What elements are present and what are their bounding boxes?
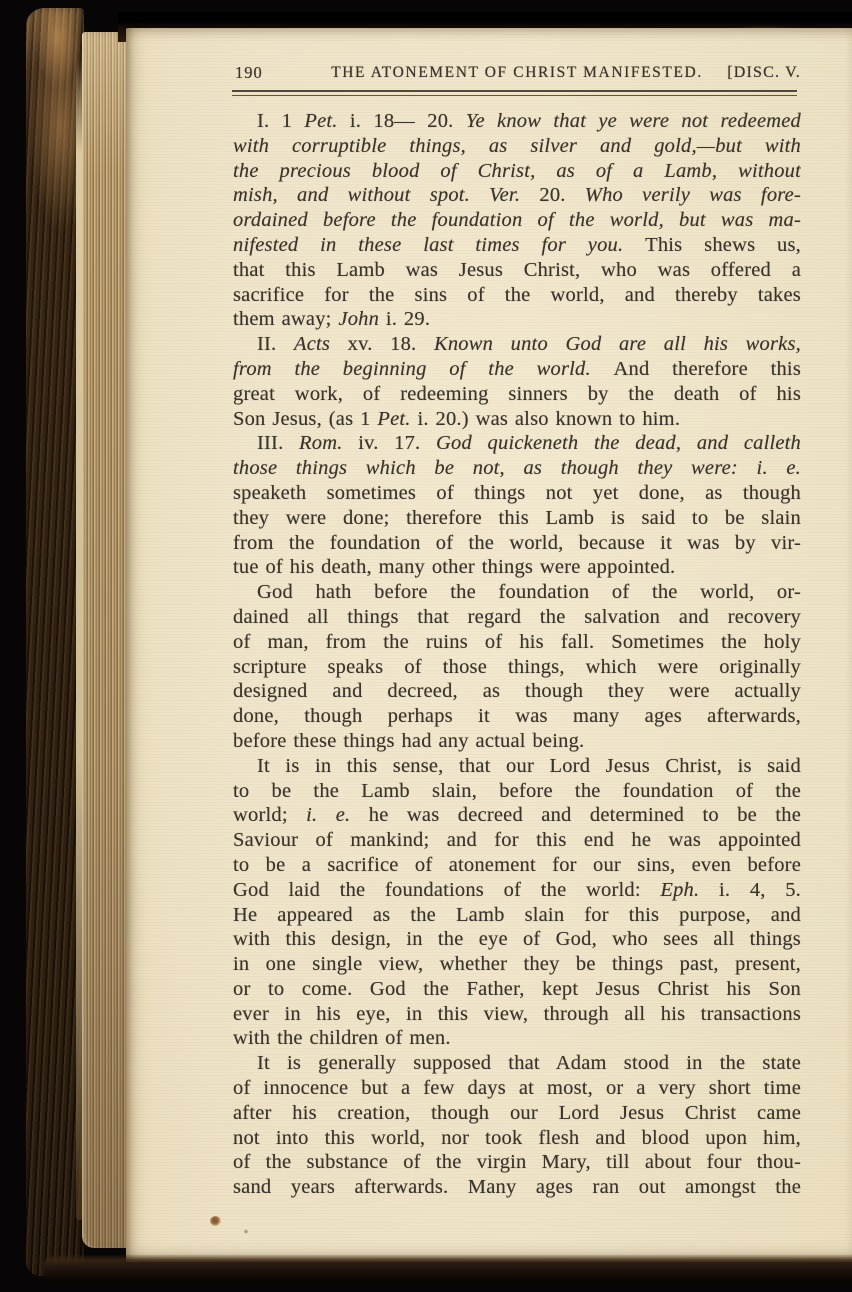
text-segment: It is generally supposed that Adam stood… <box>257 1052 801 1074</box>
text-segment: from the foundation of the world, becaus… <box>233 532 801 554</box>
text-line: in one single view, whether they be thin… <box>233 952 801 977</box>
text-segment: dained all things that regard the salvat… <box>233 606 801 628</box>
text-segment: God quickeneth the dead, and calleth <box>436 432 801 454</box>
book-bottom-edge <box>44 1254 852 1284</box>
text-line: dained all things that regard the salvat… <box>233 605 801 630</box>
text-segment: 20. <box>520 184 585 206</box>
text-segment: great work, of redeeming sinners by the … <box>233 383 801 405</box>
text-segment: them away; <box>233 308 338 330</box>
text-line: designed and decreed, as though they wer… <box>233 679 801 704</box>
foxing-spot-small <box>244 1229 248 1234</box>
text-segment: mish, and without spot. Ver. <box>233 184 520 206</box>
text-line: from the foundation of the world, becaus… <box>233 531 801 556</box>
text-segment: Acts <box>294 333 330 355</box>
text-segment: Pet. <box>304 110 337 132</box>
text-line: ordained before the foundation of the wo… <box>233 208 801 233</box>
text-segment: Saviour of mankind; and for this end he … <box>233 829 801 851</box>
text-line: Son Jesus, (as 1 Pet. i. 20.) was also k… <box>233 407 801 432</box>
text-segment: sacrifice for the sins of the world, and… <box>233 284 801 306</box>
text-segment: i. 4, 5. <box>699 879 801 901</box>
text-line: great work, of redeeming sinners by the … <box>233 382 801 407</box>
text-segment: in one single view, whether they be thin… <box>233 953 801 975</box>
text-line: I. 1 Pet. i. 18— 20. Ye know that ye wer… <box>233 109 801 134</box>
text-segment: designed and decreed, as though they wer… <box>233 680 801 702</box>
text-segment: Who verily was fore- <box>585 184 801 206</box>
text-segment: they were done; therefore this Lamb is s… <box>233 507 801 529</box>
text-line: sacrifice for the sins of the world, and… <box>233 283 801 308</box>
text-segment: or to come. God the Father, kept Jesus C… <box>233 978 801 1000</box>
text-segment: sand years afterwards. Many ages ran out… <box>233 1176 801 1198</box>
text-segment: And therefore this <box>614 358 801 380</box>
page-body-lines: I. 1 Pet. i. 18— 20. Ye know that ye wer… <box>233 109 801 1200</box>
text-line: tue of his death, many other things were… <box>233 555 801 580</box>
text-line: sand years afterwards. Many ages ran out… <box>233 1175 801 1200</box>
text-segment: i. 18— 20. <box>338 110 466 132</box>
text-line: before these things had any actual being… <box>233 729 801 754</box>
text-line: He appeared as the Lamb slain for this p… <box>233 903 801 928</box>
text-line: of the substance of the virgin Mary, til… <box>233 1150 801 1175</box>
book-photo-background: 190 THE ATONEMENT OF CHRIST MANIFESTED. … <box>0 0 852 1292</box>
text-line: after his creation, though our Lord Jesu… <box>233 1101 801 1126</box>
text-segment: Son Jesus, (as 1 <box>233 408 377 430</box>
text-segment: nifested in these last times for you. <box>233 234 645 256</box>
text-segment: of innocence but a few days at most, or … <box>233 1077 801 1099</box>
text-line: not into this world, nor took flesh and … <box>233 1126 801 1151</box>
text-line: Saviour of mankind; and for this end he … <box>233 828 801 853</box>
text-line: of innocence but a few days at most, or … <box>233 1076 801 1101</box>
text-line: with corruptible things, as silver and g… <box>233 134 801 159</box>
text-segment: God laid the foundations of the world: <box>233 879 660 901</box>
text-segment: done, though perhaps it was many ages af… <box>233 705 801 727</box>
text-segment: This shews us, <box>645 234 801 256</box>
text-line: It is generally supposed that Adam stood… <box>233 1051 801 1076</box>
text-line: to be the Lamb slain, before the foundat… <box>233 779 801 804</box>
text-segment: III. <box>257 432 299 454</box>
text-segment: from the beginning of the world. <box>233 358 614 380</box>
foxing-spot <box>210 1216 221 1226</box>
text-segment: of the substance of the virgin Mary, til… <box>233 1151 801 1173</box>
text-segment: Ye know that ye were not redeemed <box>466 110 801 132</box>
text-segment: i. 29. <box>379 308 430 330</box>
text-segment: of man, from the ruins of his fall. Some… <box>233 631 801 653</box>
text-segment: those things which be not, as though the… <box>233 457 801 479</box>
text-segment: to be the Lamb slain, before the foundat… <box>233 780 801 802</box>
text-segment: that this Lamb was Jesus Christ, who was… <box>233 259 801 281</box>
text-line: II. Acts xv. 18. Known unto God are all … <box>233 332 801 357</box>
text-segment: He appeared as the Lamb slain for this p… <box>233 904 801 926</box>
text-line: nifested in these last times for you. Th… <box>233 233 801 258</box>
text-segment: scripture speaks of those things, which … <box>233 656 801 678</box>
text-line: world; i. e. he was decreed and determin… <box>233 803 801 828</box>
text-line: mish, and without spot. Ver. 20. Who ver… <box>233 183 801 208</box>
text-line: done, though perhaps it was many ages af… <box>233 704 801 729</box>
text-line: to be a sacrifice of atonement for our s… <box>233 853 801 878</box>
section-label: [DISC. V. <box>727 62 801 84</box>
text-line: God hath before the foundation of the wo… <box>233 580 801 605</box>
text-segment: the precious blood of Christ, as of a La… <box>233 160 801 182</box>
text-segment: Eph. <box>660 879 699 901</box>
text-line: the precious blood of Christ, as of a La… <box>233 159 801 184</box>
text-segment: to be a sacrifice of atonement for our s… <box>233 854 801 876</box>
text-segment: ordained before the foundation of the wo… <box>233 209 801 231</box>
text-segment: world; <box>233 804 306 826</box>
text-segment: II. <box>257 333 294 355</box>
page-header: 190 THE ATONEMENT OF CHRIST MANIFESTED. … <box>233 62 801 84</box>
text-line: scripture speaks of those things, which … <box>233 655 801 680</box>
text-line: speaketh sometimes of things not yet don… <box>233 481 801 506</box>
text-line: that this Lamb was Jesus Christ, who was… <box>233 258 801 283</box>
text-segment: I. 1 <box>257 110 304 132</box>
text-segment: with this design, in the eye of God, who… <box>233 928 801 950</box>
text-line: them away; John i. 29. <box>233 307 801 332</box>
text-segment: with the children of men. <box>233 1027 451 1049</box>
text-segment: ever in his eye, in this view, through a… <box>233 1003 801 1025</box>
text-segment: Rom. <box>299 432 343 454</box>
text-segment: he was decreed and determined to be the <box>350 804 801 826</box>
text-line: It is in this sense, that our Lord Jesus… <box>233 754 801 779</box>
text-line: from the beginning of the world. And the… <box>233 357 801 382</box>
text-segment: i. 20.) was also known to him. <box>411 408 681 430</box>
text-segment: tue of his death, many other things were… <box>233 556 675 578</box>
text-segment: with corruptible things, as silver and g… <box>233 135 801 157</box>
text-line: ever in his eye, in this view, through a… <box>233 1002 801 1027</box>
text-line: with this design, in the eye of God, who… <box>233 927 801 952</box>
text-segment: God hath before the foundation of the wo… <box>257 581 801 603</box>
text-segment: after his creation, though our Lord Jesu… <box>233 1102 801 1124</box>
text-line: God laid the foundations of the world: E… <box>233 878 801 903</box>
text-segment: It is in this sense, that our Lord Jesus… <box>257 755 801 777</box>
text-segment: xv. 18. <box>330 333 434 355</box>
text-segment: speaketh sometimes of things not yet don… <box>233 482 801 504</box>
page-number: 190 <box>235 62 263 84</box>
text-segment: Known unto God are all his works, <box>434 333 801 355</box>
text-line: III. Rom. iv. 17. God quickeneth the dea… <box>233 431 801 456</box>
book-page: 190 THE ATONEMENT OF CHRIST MANIFESTED. … <box>126 28 852 1262</box>
text-line: of man, from the ruins of his fall. Some… <box>233 630 801 655</box>
text-segment: i. e. <box>306 804 350 826</box>
text-segment: iv. 17. <box>343 432 436 454</box>
text-segment: Pet. <box>377 408 410 430</box>
running-title: THE ATONEMENT OF CHRIST MANIFESTED. <box>331 62 703 84</box>
text-line: those things which be not, as though the… <box>233 456 801 481</box>
text-segment: not into this world, nor took flesh and … <box>233 1127 801 1149</box>
header-rule <box>232 90 797 96</box>
text-segment: before these things had any actual being… <box>233 730 584 752</box>
text-line: with the children of men. <box>233 1026 801 1051</box>
text-line: they were done; therefore this Lamb is s… <box>233 506 801 531</box>
text-line: or to come. God the Father, kept Jesus C… <box>233 977 801 1002</box>
text-segment: John <box>338 308 379 330</box>
